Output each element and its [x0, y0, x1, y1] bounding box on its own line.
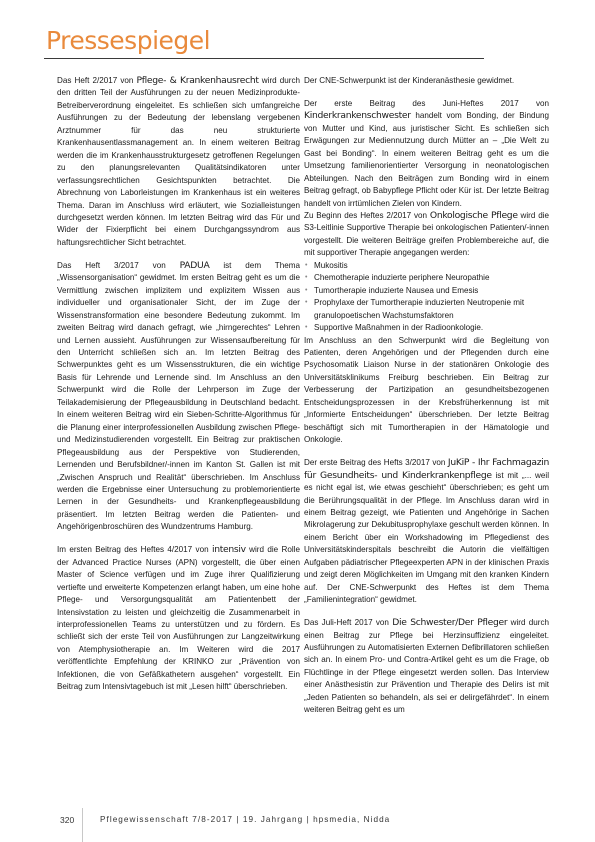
- journal-citation: Pflegewissenschaft 7/8-2017 | 19. Jahrga…: [100, 815, 390, 824]
- list-item: Chemotherapie induzierte periphere Neuro…: [304, 272, 549, 284]
- right-column: Der CNE-Schwerpunkt ist der Kinderanästh…: [304, 75, 549, 727]
- cne-note: Der CNE-Schwerpunkt ist der Kinderanästh…: [304, 75, 549, 87]
- summary-text: handelt vom Bonding, der Bindung von Mut…: [304, 111, 549, 207]
- article-summary-padua: Das Heft 3/2017 von PADUA ist dem Thema …: [57, 260, 300, 534]
- topic-list: Mukositis Chemotherapie induzierte perip…: [304, 260, 549, 335]
- summary-text: wird durch einen Beitrag zur Pflege bei …: [304, 618, 549, 714]
- article-summary-onkologie-continued: Im Anschluss an den Schwerpunkt wird die…: [304, 335, 549, 447]
- section-title: Pressespiegel: [46, 26, 210, 56]
- article-summary-onkologische-pflege: Zu Beginn des Heftes 2/2017 von Onkologi…: [304, 210, 549, 260]
- page-number: 320: [60, 815, 74, 825]
- article-summary-pflege-krankenhausrecht: Das Heft 2/2017 von Pflege- & Krankenhau…: [57, 75, 300, 249]
- summary-text: ist mit „... weil es nicht egal ist, wie…: [304, 471, 549, 605]
- summary-text: Der erste Beitrag des Hefts 3/2017 von: [304, 458, 448, 467]
- summary-text: Das Heft 2/2017 von: [57, 76, 136, 85]
- list-item: Supportive Maßnahmen in der Radioonkolog…: [304, 322, 549, 334]
- summary-text: Zu Beginn des Heftes 2/2017 von: [304, 211, 430, 220]
- magazine-name: Kinderkrankenschwester: [304, 110, 411, 121]
- magazine-name: Pflege- & Krankenhausrecht: [136, 75, 258, 86]
- summary-text: Der erste Beitrag des Juni-Heftes 2017 v…: [304, 99, 549, 108]
- list-item: Prophylaxe der Tumortherapie induzierten…: [304, 297, 549, 322]
- summary-text: Das Heft 3/2017 von: [57, 261, 180, 270]
- magazine-name: Onkologische Pflege: [430, 210, 518, 221]
- list-item: Tumortherapie induzierte Nausea und Emes…: [304, 285, 549, 297]
- summary-text: Das Juli-Heft 2017 von: [304, 618, 392, 627]
- summary-text: wird die Rolle der Advanced Practice Nur…: [57, 545, 300, 691]
- magazine-name: Die Schwester/Der Pfleger: [392, 617, 507, 628]
- article-summary-kinderkrankenschwester: Der erste Beitrag des Juni-Heftes 2017 v…: [304, 98, 549, 210]
- list-item: Mukositis: [304, 260, 549, 272]
- summary-text: ist dem Thema „Wissensorganisation“ gewi…: [57, 261, 300, 532]
- summary-text: Im ersten Beitrag des Heftes 4/2017 von: [57, 545, 212, 554]
- article-summary-die-schwester: Das Juli-Heft 2017 von Die Schwester/Der…: [304, 617, 549, 717]
- footer-divider: [82, 808, 83, 842]
- magazine-name: PADUA: [180, 260, 210, 271]
- article-summary-intensiv: Im ersten Beitrag des Heftes 4/2017 von …: [57, 544, 300, 693]
- summary-text: wird durch den dritten Teil der Ausführu…: [57, 76, 300, 247]
- header-divider: [44, 58, 484, 59]
- left-column: Das Heft 2/2017 von Pflege- & Krankenhau…: [57, 75, 300, 704]
- article-summary-jukip: Der erste Beitrag des Hefts 3/2017 von J…: [304, 457, 549, 606]
- magazine-name: intensiv: [212, 544, 246, 555]
